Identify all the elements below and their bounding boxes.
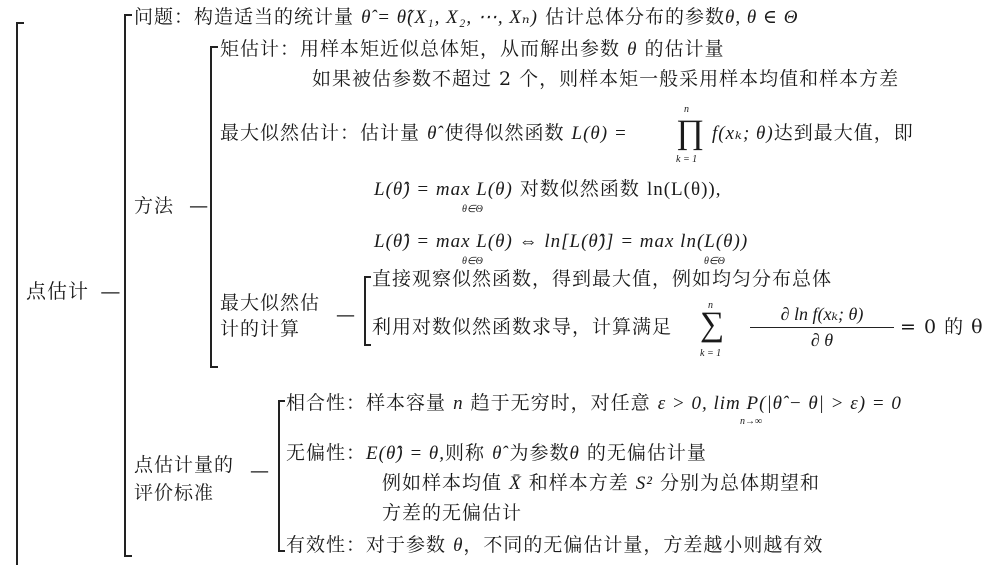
methods-bracket-top [210, 46, 218, 48]
max-subscript-3: θ∈Θ [704, 256, 725, 267]
root-dash: — [100, 279, 121, 303]
sum-lower-limit: k = 1 [700, 348, 721, 359]
mle-calc-label-2: 计的计算 [220, 320, 300, 339]
mle-calc-bracket-vertical [364, 276, 366, 346]
root-bracket-top [16, 22, 24, 24]
mle-calc-item2-tail: = 0 的 θ [900, 318, 984, 337]
moment-estimation-line2: 如果被估参数不超过 2 个，则样本矩一般采用样本均值和样本方差 [312, 70, 899, 89]
problem-formula: θ̂ = θ̂(X₁, X₂, ⋯, Xₙ) [361, 7, 538, 28]
methods-label: 方法 — [134, 197, 209, 216]
efficiency-line: 有效性：对于参数 θ，不同的无偏估计量，方差越小则越有效 [286, 536, 823, 555]
product-upper-limit: n [684, 104, 689, 115]
methods-bracket-bottom [210, 366, 218, 368]
derivative-fraction: ∂ ln f(xₖ; θ) ∂ θ [750, 304, 894, 351]
mle-calc-dash: — [336, 306, 356, 325]
mle-calc-item2: 利用对数似然函数求导，计算满足 [372, 318, 672, 337]
level2-bracket-bottom [124, 555, 132, 557]
criteria-bracket-top [278, 400, 285, 402]
mle-line3: L(θ̂) = max L(θ) ⇔ ln[L(θ̂)] = max ln(L(… [374, 232, 748, 251]
moment-label: 矩估计： [220, 38, 300, 60]
level2-bracket-top [124, 14, 132, 16]
fraction-denominator: ∂ θ [750, 330, 894, 351]
methods-bracket-vertical [210, 46, 212, 368]
methods-dash: — [189, 195, 209, 217]
max-subscript-1: θ∈Θ [462, 204, 483, 215]
consistency-label: 相合性： [286, 392, 366, 414]
lim-subscript: n→∞ [740, 416, 762, 427]
mle-calc-bracket-top [364, 276, 371, 278]
criteria-label-2: 评价标准 [134, 484, 214, 503]
mle-calc-item1: 直接观察似然函数，得到最大值，例如均匀分布总体 [372, 270, 832, 289]
criteria-bracket-vertical [278, 400, 280, 552]
criteria-label-1: 点估计量的 [134, 456, 234, 475]
efficiency-label: 有效性： [286, 534, 366, 556]
unbiased-line3: 方差的无偏估计 [382, 504, 522, 523]
mle-calc-bracket-bottom [364, 344, 371, 346]
mle-label: 最大似然估计： [220, 122, 360, 144]
sum-symbol: ∑ [700, 308, 724, 342]
unbiased-label: 无偏性： [286, 442, 366, 464]
root-bracket-vertical [16, 22, 18, 565]
problem-statement: 问题：构造适当的统计量 θ̂ = θ̂(X₁, X₂, ⋯, Xₙ) 估计总体分… [134, 8, 798, 27]
mle-line2: L(θ̂) = max L(θ) 对数似然函数 ln(L(θ)), [374, 180, 722, 199]
criteria-bracket-bottom [278, 550, 285, 552]
mle-line1: 最大似然估计：估计量 θ̂ 使得似然函数 L(θ) = [220, 124, 628, 143]
max-subscript-2: θ∈Θ [462, 256, 483, 267]
root-label: 点估计 — [26, 281, 121, 301]
problem-label: 问题： [134, 6, 194, 28]
product-lower-limit: k = 1 [676, 154, 697, 165]
mle-calc-label-1: 最大似然估 [220, 294, 320, 313]
mle-line1-tail: f(xₖ; θ)达到最大值，即 [712, 124, 914, 143]
sum-upper-limit: n [708, 300, 713, 311]
criteria-dash: — [250, 462, 270, 481]
fraction-bar [750, 327, 894, 328]
consistency-line: 相合性：样本容量 n 趋于无穷时，对任意 ε > 0, lim P(|θ̂ − … [286, 394, 902, 413]
moment-estimation-line1: 矩估计：用样本矩近似总体矩，从而解出参数 θ 的估计量 [220, 40, 724, 59]
product-symbol: ∏ [676, 116, 704, 150]
level2-bracket-vertical [124, 14, 126, 557]
unbiased-line1: 无偏性：E(θ̂) = θ,则称 θ̂ 为参数θ 的无偏估计量 [286, 444, 707, 463]
fraction-numerator: ∂ ln f(xₖ; θ) [750, 304, 894, 325]
unbiased-line2: 例如样本均值 X̄ 和样本方差 S² 分别为总体期望和 [382, 474, 820, 493]
